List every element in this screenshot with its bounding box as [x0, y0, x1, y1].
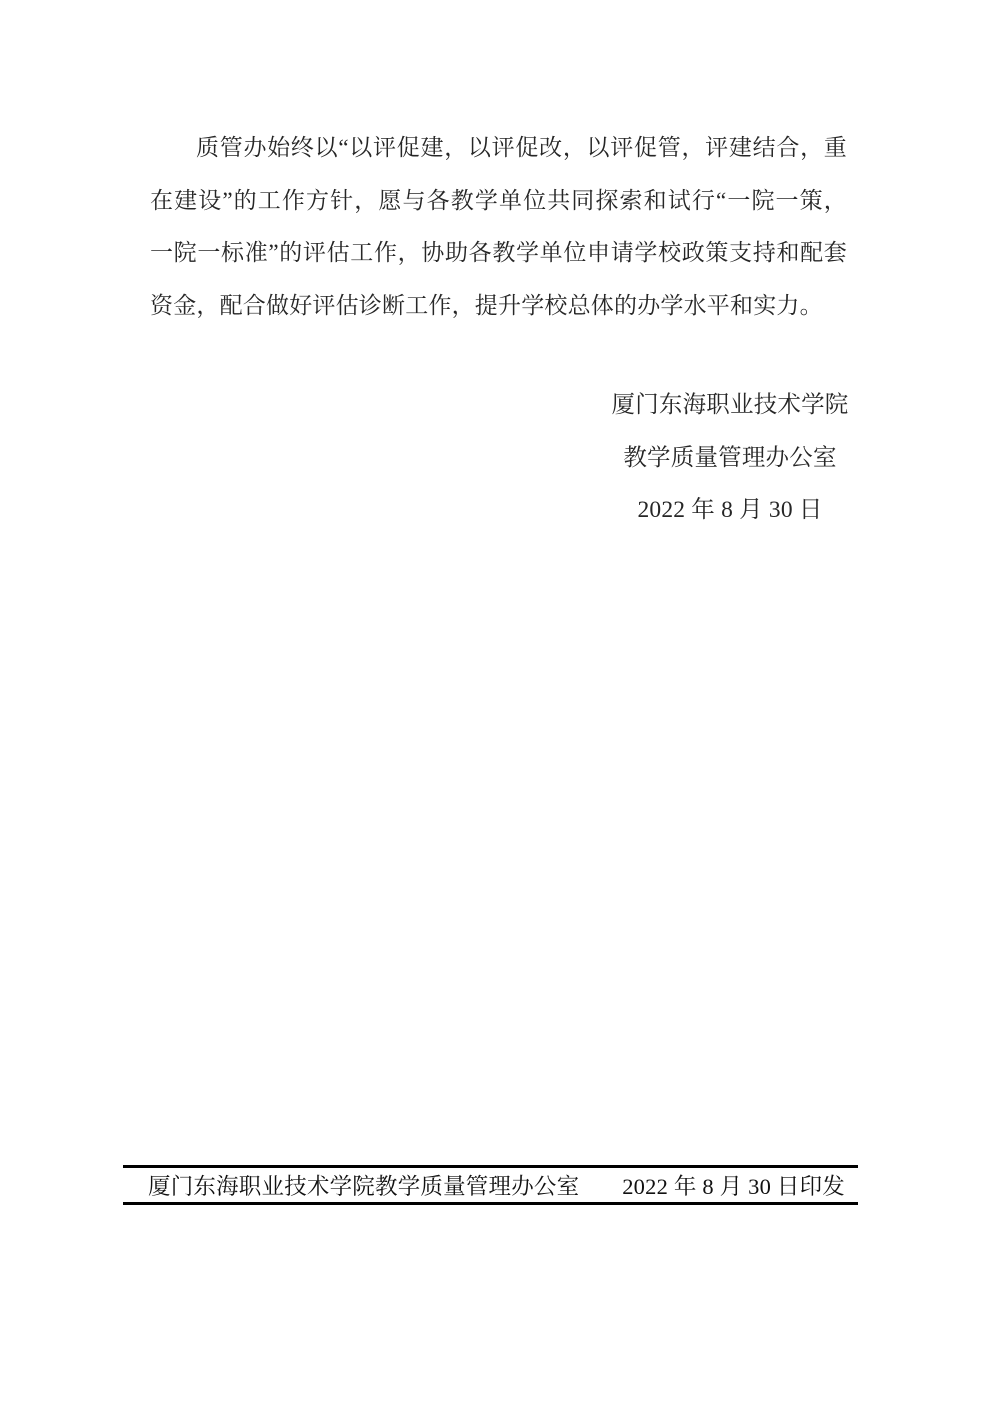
footer-print-date: 2022 年 8 月 30 日印发	[622, 1169, 845, 1201]
footer-imprint: 厦门东海职业技术学院教学质量管理办公室 2022 年 8 月 30 日印发	[123, 1165, 858, 1205]
document-page: 质管办始终以“以评促建，以评促改，以评促管，评建结合，重 在建设”的工作方针，愿…	[0, 0, 992, 1403]
signature-office-name: 教学质量管理办公室	[570, 432, 890, 485]
signature-org-name: 厦门东海职业技术学院	[570, 379, 890, 432]
footer-text-row: 厦门东海职业技术学院教学质量管理办公室 2022 年 8 月 30 日印发	[123, 1168, 858, 1202]
paragraph-line-4: 资金，配合做好评估诊断工作，提升学校总体的办学水平和实力。	[150, 280, 847, 333]
body-paragraph: 质管办始终以“以评促建，以评促改，以评促管，评建结合，重 在建设”的工作方针，愿…	[150, 122, 847, 332]
footer-issuer: 厦门东海职业技术学院教学质量管理办公室	[148, 1169, 579, 1201]
signature-block: 厦门东海职业技术学院 教学质量管理办公室 2022 年 8 月 30 日	[570, 379, 890, 537]
footer-bottom-rule	[123, 1202, 858, 1205]
paragraph-line-3: 一院一标准”的评估工作，协助各教学单位申请学校政策支持和配套	[150, 227, 847, 280]
paragraph-line-1: 质管办始终以“以评促建，以评促改，以评促管，评建结合，重	[150, 122, 847, 175]
signature-date: 2022 年 8 月 30 日	[570, 484, 890, 537]
paragraph-line-2: 在建设”的工作方针，愿与各教学单位共同探索和试行“一院一策，	[150, 175, 847, 228]
